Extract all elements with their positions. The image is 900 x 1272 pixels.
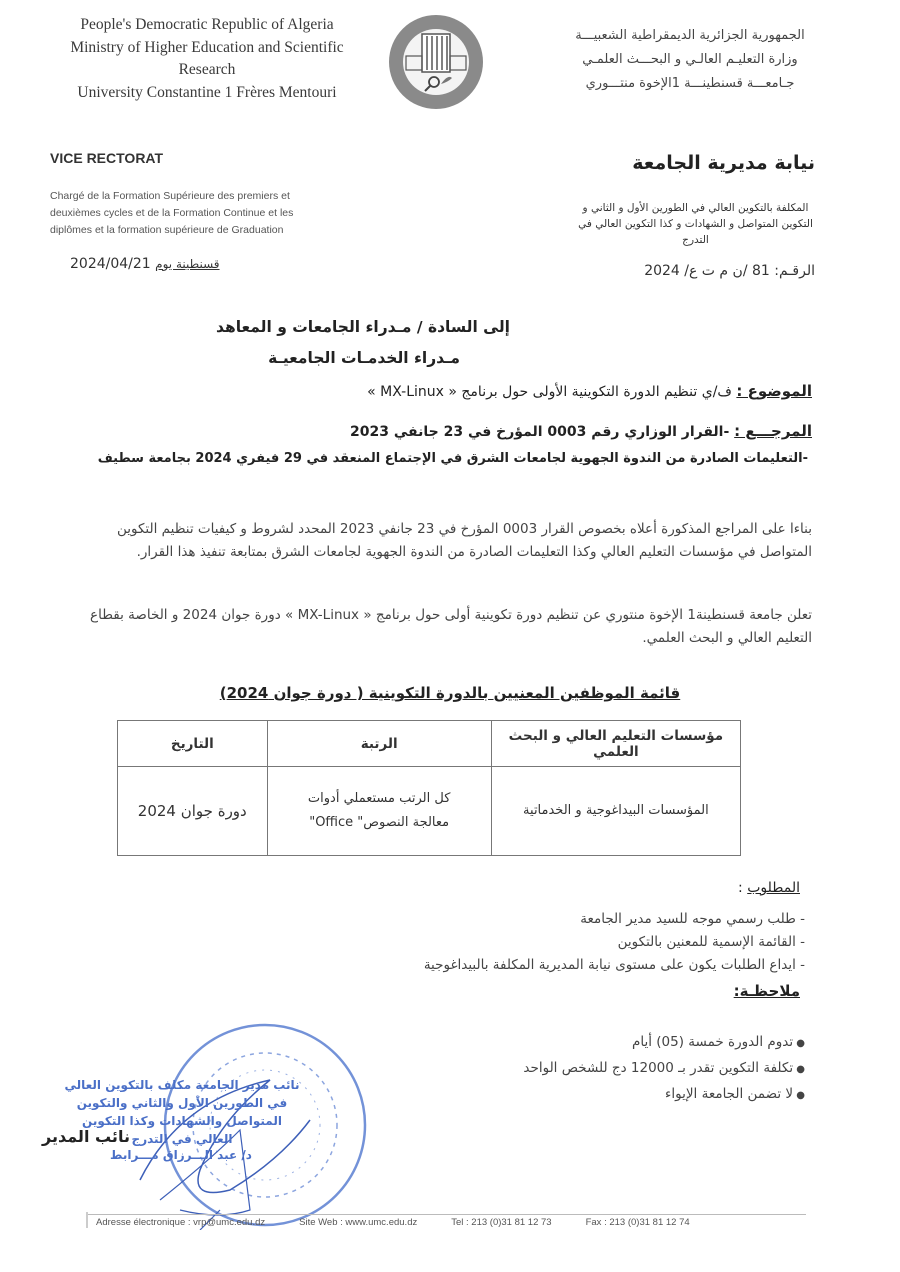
footer-left-bar: [86, 1212, 88, 1228]
column-header-date: التاريخ: [118, 721, 268, 767]
notes-title: ملاحظـة:: [734, 982, 800, 1000]
reference-number: الرقـم: 81 /ن م ت ع/ 2024: [644, 263, 815, 279]
university-name: University Constantine 1 Frères Mentouri: [52, 82, 362, 105]
footer-fax: Fax : 213 (0)31 81 12 74: [586, 1217, 690, 1228]
note-item: تدوم الدورة خمسة (05) أيام: [523, 1030, 805, 1056]
reference-1: المرجـــع : -القرار الوزاري رقم 0003 الم…: [350, 422, 812, 440]
addressee-line-1: إلى السادة / مـدراء الجامعات و المعاهد: [216, 312, 510, 343]
reference-2: -التعليمات الصادرة من الندوة الجهوية لجا…: [98, 451, 808, 466]
body-paragraph-2: تعلن جامعة قسنطينة1 الإخوة منتوري عن تنظ…: [82, 604, 812, 650]
column-header-institutions: مؤسسات التعليم العالي و البحث العلمي: [491, 721, 740, 767]
subject-text: ف/ي تنظيم الدورة التكوينية الأولى حول بر…: [367, 384, 732, 400]
reference-1-text: -القرار الوزاري رقم 0003 المؤرخ في 23 جا…: [350, 424, 729, 440]
cell-institutions: المؤسسات البيداغوجية و الخدماتية: [491, 767, 740, 856]
trainees-table: مؤسسات التعليم العالي و البحث العلمي الر…: [117, 720, 741, 856]
letter-date-value: 2024/04/21: [70, 256, 151, 272]
notes-list: تدوم الدورة خمسة (05) أيام تكلفة التكوين…: [523, 1030, 805, 1108]
footer-divider: [86, 1214, 806, 1215]
table-title: قائمة الموظفين المعنيين بالدورة التكويني…: [0, 684, 900, 702]
subject: الموضوع : ف/ي تنظيم الدورة التكوينية الأ…: [367, 382, 812, 400]
ministry-name: Ministry of Higher Education and Scienti…: [52, 37, 362, 82]
addressee-line-2: مـدراء الخدمـات الجامعيـة: [216, 343, 510, 374]
vice-rectorat-description: Chargé de la Formation Supérieure des pr…: [50, 188, 330, 239]
cell-rank: كل الرتب مستعملي أدوات معالجة النصوص" Of…: [267, 767, 491, 856]
subject-label: الموضوع :: [736, 382, 812, 400]
table-header-row: مؤسسات التعليم العالي و البحث العلمي الر…: [118, 721, 741, 767]
country-name-ar: الجمهورية الجزائرية الديمقراطية الشعبيــ…: [545, 24, 835, 48]
footer-contact: Adresse électronique : vrp@umc.edu.dz Si…: [96, 1217, 816, 1228]
university-name-ar: جـامعـــة قسنطينـــة 1الإخوة منتـــوري: [545, 72, 835, 96]
signer-name: د/ عبد الـــرزاق مـــرابط: [110, 1148, 252, 1162]
requirements-title-text: المطلوب: [747, 880, 800, 896]
ministry-name-ar: وزارة التعليـم العالـي و البحـــث العلمـ…: [545, 48, 835, 72]
requirement-item: ايداع الطلبات يكون على مستوى نيابة المدي…: [424, 954, 805, 977]
vice-rectorat-title: VICE RECTORAT: [50, 150, 163, 166]
requirements-list: طلب رسمي موجه للسيد مدير الجامعة القائمة…: [424, 908, 805, 977]
footer-website: Site Web : www.umc.edu.dz: [299, 1217, 417, 1228]
addressee: إلى السادة / مـدراء الجامعات و المعاهد م…: [216, 312, 510, 374]
table-row: المؤسسات البيداغوجية و الخدماتية كل الرت…: [118, 767, 741, 856]
column-header-rank: الرتبة: [267, 721, 491, 767]
country-name: People's Democratic Republic of Algeria: [52, 14, 362, 37]
requirements-title: المطلوب :: [738, 880, 800, 896]
footer-email: Adresse électronique : vrp@umc.edu.dz: [96, 1217, 265, 1228]
note-item: لا تضمن الجامعة الإيواء: [523, 1082, 805, 1108]
signer-role: نائب المدير: [42, 1127, 130, 1146]
requirement-item: طلب رسمي موجه للسيد مدير الجامعة: [424, 908, 805, 931]
letter-date-label: قسنطينة يوم: [155, 257, 219, 271]
reference-number-label: الرقـم:: [774, 263, 815, 279]
header-arabic: الجمهورية الجزائرية الديمقراطية الشعبيــ…: [545, 24, 835, 96]
footer-tel: Tel : 213 (0)31 81 12 73: [451, 1217, 551, 1228]
reference-number-value: 81 /ن م ت ع/ 2024: [644, 263, 770, 279]
note-item: تكلفة التكوين تقدر بـ 12000 دج للشخص الو…: [523, 1056, 805, 1082]
office-description-ar: المكلفة بالتكوين العالي في الطورين الأول…: [573, 200, 818, 248]
letter-date: 2024/04/21 قسنطينة يوم: [70, 256, 220, 272]
body-paragraph-1: بناءا على المراجع المذكورة أعلاه بخصوص ا…: [82, 518, 812, 564]
requirement-item: القائمة الإسمية للمعنين بالتكوين: [424, 931, 805, 954]
header-english: People's Democratic Republic of Algeria …: [52, 14, 362, 104]
reference-label: المرجـــع :: [734, 422, 812, 440]
office-title-ar: نيابة مديرية الجامعة: [632, 152, 815, 174]
university-emblem-icon: [386, 12, 486, 112]
cell-date: دورة جوان 2024: [118, 767, 268, 856]
